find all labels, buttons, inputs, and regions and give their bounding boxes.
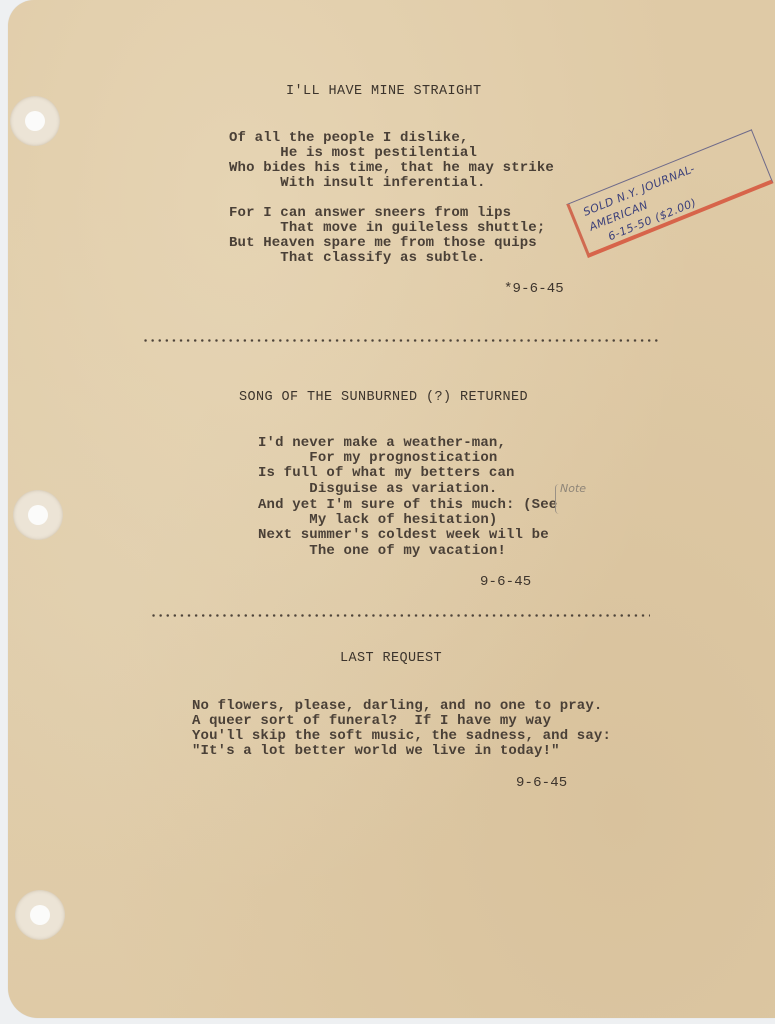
poem-title: LAST REQUEST <box>340 651 442 666</box>
poem-line: And yet I'm sure of this much: (See <box>258 498 557 513</box>
poem-line: For I can answer sneers from lips <box>229 206 511 221</box>
poem-line: The one of my vacation! <box>258 544 506 559</box>
poem-line: Next summer's coldest week will be <box>258 528 549 543</box>
dotted-separator <box>142 339 658 342</box>
dotted-separator <box>150 614 650 617</box>
poem-title: SONG OF THE SUNBURNED (?) RETURNED <box>239 390 528 405</box>
poem-line: That classify as subtle. <box>229 251 486 266</box>
punch-hole-bottom <box>15 890 65 940</box>
punch-hole-top <box>10 96 60 146</box>
poem-title: I'LL HAVE MINE STRAIGHT <box>286 84 482 99</box>
poem-line: Who bides his time, that he may strike <box>229 161 554 176</box>
poem-line: For my prognostication <box>258 451 497 466</box>
poem-line: You'll skip the soft music, the sadness,… <box>192 729 611 744</box>
poem-line: I'd never make a weather-man, <box>258 436 506 451</box>
poem-line: "It's a lot better world we live in toda… <box>192 744 560 759</box>
poem-line: He is most pestilential <box>229 146 477 161</box>
poem-line: With insult inferential. <box>229 176 486 191</box>
poem-date: 9-6-45 <box>480 575 531 590</box>
poem-date: *9-6-45 <box>504 282 564 297</box>
poem-line: My lack of hesitation) <box>258 513 497 528</box>
sold-stamp-annotation: SOLD N.Y. JOURNAL-AMERICAN 6-15-50 ($2.0… <box>566 129 773 258</box>
punch-hole-middle <box>13 490 63 540</box>
poem-line: But Heaven spare me from those quips <box>229 236 537 251</box>
poem-line: A queer sort of funeral? If I have my wa… <box>192 714 551 729</box>
margin-note: Note <box>560 482 586 495</box>
poem-line: Of all the people I dislike, <box>229 131 468 146</box>
poem-line: No flowers, please, darling, and no one … <box>192 699 602 714</box>
poem-date: 9-6-45 <box>516 776 567 791</box>
poem-line: Disguise as variation. <box>258 482 497 497</box>
typed-manuscript-page: I'LL HAVE MINE STRAIGHT Of all the peopl… <box>8 0 775 1018</box>
poem-line: Is full of what my betters can <box>258 466 515 481</box>
poem-line: That move in guileless shuttle; <box>229 221 545 236</box>
